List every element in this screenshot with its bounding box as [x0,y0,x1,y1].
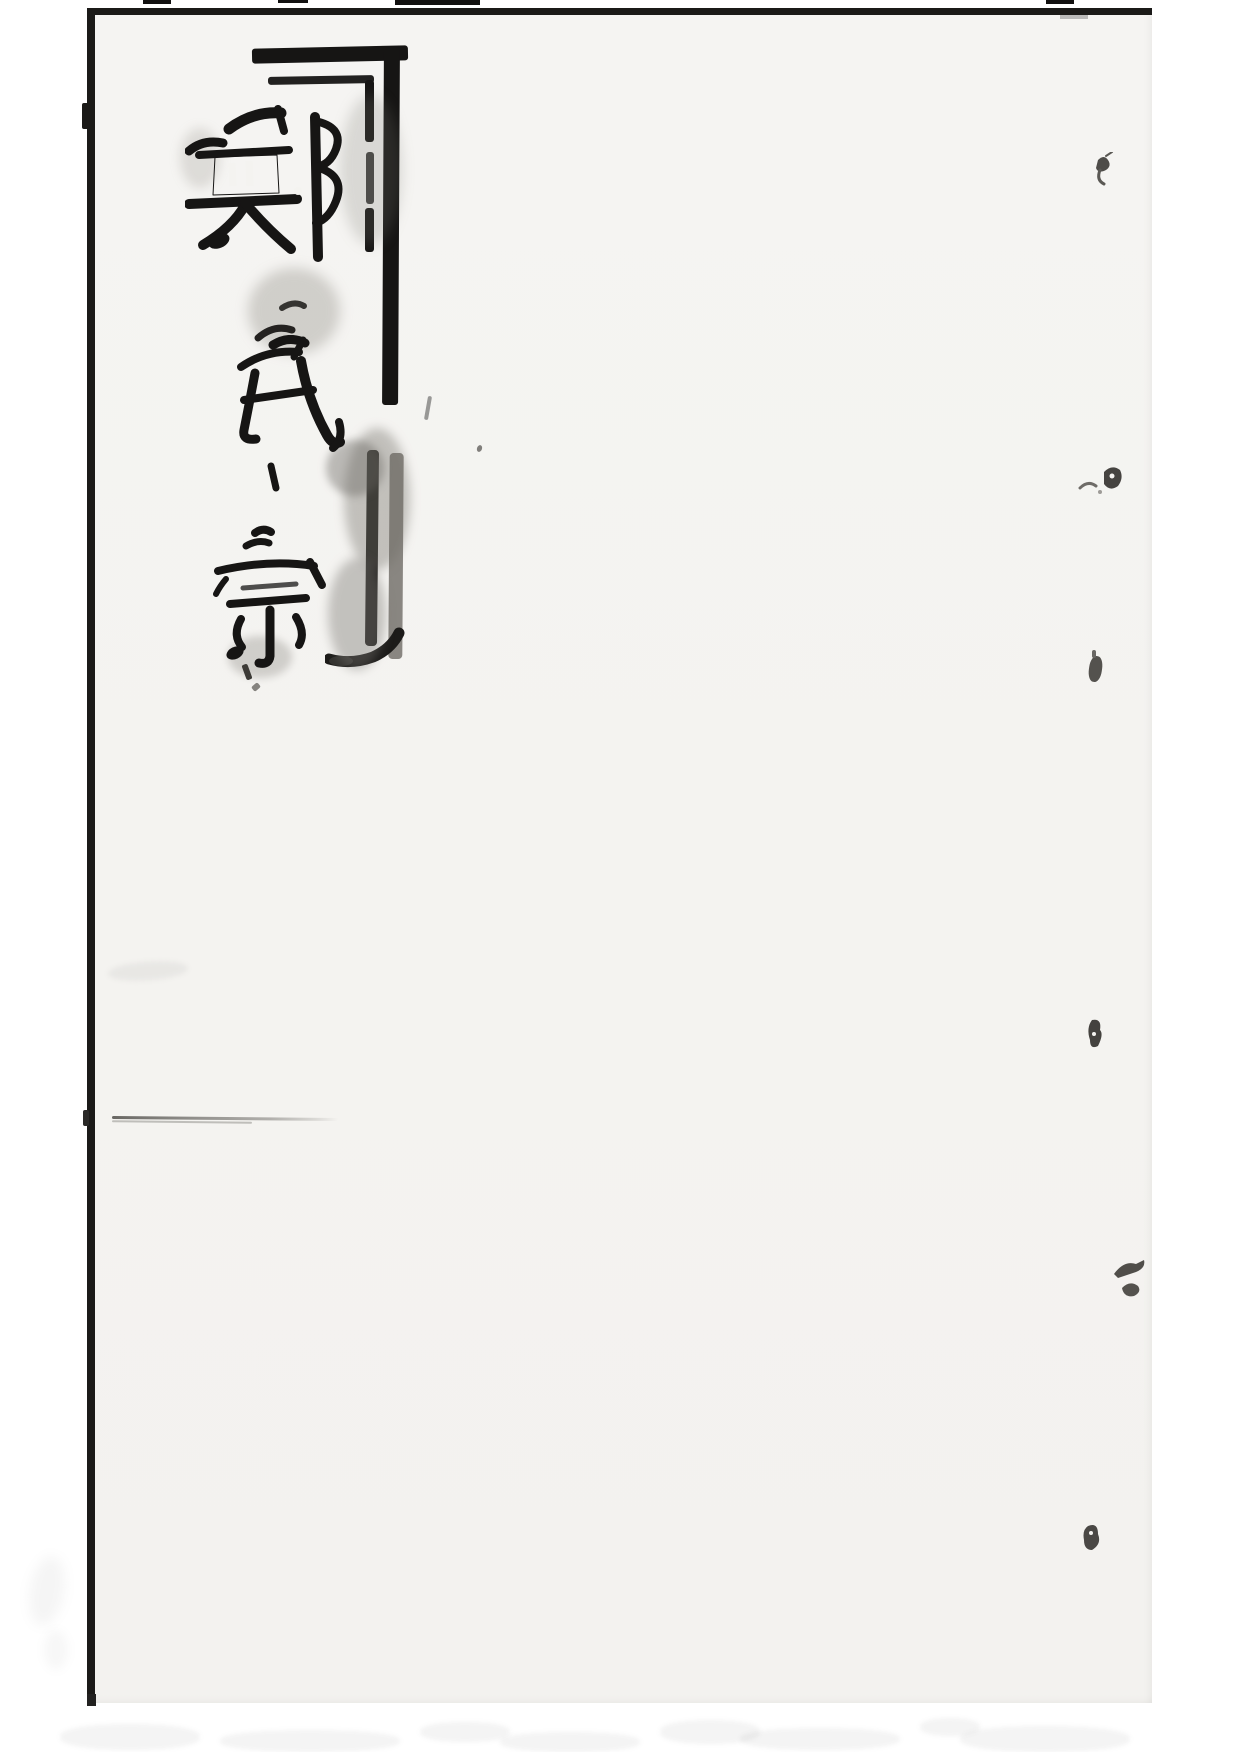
page-title: 鄭氏宗 [0,0,1,1]
left-border-bump [83,1110,89,1126]
scanned-book-page: 鄭氏宗 [0,0,1240,1752]
character-zheng [185,105,350,265]
ink-speck [1080,1520,1104,1554]
top-edge-mark [395,0,480,5]
top-edge-mark [143,0,171,4]
top-edge-mark [278,0,308,3]
ink-speck [1078,462,1126,504]
top-edge-mark [1046,0,1074,4]
character-shi [215,335,345,495]
bottom-scan-artifacts [40,1716,1140,1752]
margin-smudge [24,1554,70,1629]
left-border-foot [87,1694,96,1706]
ink-speck [1088,152,1114,188]
character-zong [210,525,335,670]
ink-wash [328,558,386,670]
left-border-bump [82,103,89,129]
ink-speck [1112,1256,1148,1302]
ink-speck [1092,650,1096,658]
margin-smudge [44,1630,68,1670]
ink-speck [1084,1016,1106,1054]
page-top-border [88,8,1152,15]
page-left-border [87,8,95,1706]
top-border-smear [1060,15,1088,19]
